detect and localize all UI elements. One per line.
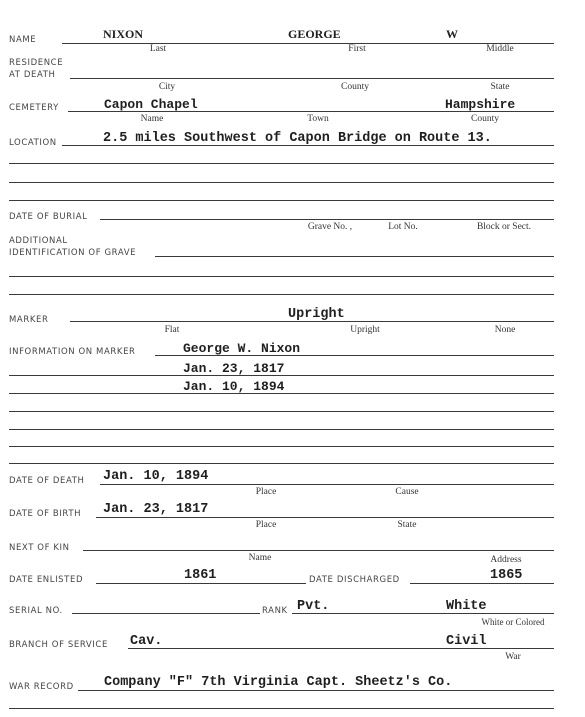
discharged-line bbox=[410, 583, 554, 584]
residence-label: RESIDENCE bbox=[9, 58, 63, 68]
sub-birth-state: State bbox=[398, 520, 417, 530]
marker-info-line-5 bbox=[9, 429, 554, 430]
birth-value: Jan. 23, 1817 bbox=[103, 502, 208, 517]
location-line-2 bbox=[9, 163, 554, 164]
residence-line bbox=[70, 78, 554, 79]
sub-race: White or Colored bbox=[482, 617, 545, 627]
marker-info-line-3: Jan. 10, 1894 bbox=[183, 379, 284, 394]
sub-flat: Flat bbox=[165, 325, 180, 335]
war-value: Civil bbox=[446, 634, 487, 649]
branch-value: Cav. bbox=[130, 634, 162, 649]
marker-info-label: INFORMATION ON MARKER bbox=[9, 347, 136, 357]
sub-middle: Middle bbox=[486, 44, 513, 54]
war-record-label: WAR RECORD bbox=[9, 682, 74, 692]
death-label: DATE OF DEATH bbox=[9, 476, 85, 486]
marker-info-line-2: Jan. 23, 1817 bbox=[183, 361, 284, 376]
cemetery-county-value: Hampshire bbox=[445, 97, 515, 112]
additional-label-2: IDENTIFICATION OF GRAVE bbox=[9, 248, 136, 258]
birth-line bbox=[96, 517, 554, 518]
cemetery-label: CEMETERY bbox=[9, 103, 59, 113]
sub-upright: Upright bbox=[350, 325, 380, 335]
sub-kin-address: Address bbox=[490, 555, 521, 565]
kin-label: NEXT OF KIN bbox=[9, 543, 70, 553]
sub-grave-no: Grave No. , bbox=[308, 222, 352, 232]
location-line-4 bbox=[9, 200, 554, 201]
sub-state: State bbox=[491, 82, 510, 92]
marker-label: MARKER bbox=[9, 315, 49, 325]
sub-lot-no: Lot No. bbox=[388, 222, 418, 232]
residence-label-2: AT DEATH bbox=[9, 70, 56, 80]
marker-info-line-4 bbox=[9, 411, 554, 412]
discharged-label: DATE DISCHARGED bbox=[309, 575, 400, 585]
serial-label: SERIAL NO. bbox=[9, 606, 63, 616]
rank-line bbox=[292, 613, 554, 614]
war-record-value: Company "F" 7th Virginia Capt. Sheetz's … bbox=[104, 675, 452, 690]
death-value: Jan. 10, 1894 bbox=[103, 469, 208, 484]
first-name-value: GEORGE bbox=[288, 27, 341, 42]
sub-first: First bbox=[348, 44, 365, 54]
enlisted-label: DATE ENLISTED bbox=[9, 575, 83, 585]
name-line bbox=[62, 43, 554, 44]
sub-last: Last bbox=[150, 44, 166, 54]
sub-birth-place: Place bbox=[256, 520, 277, 530]
sub-death-cause: Cause bbox=[395, 487, 418, 497]
sub-town: Town bbox=[307, 114, 329, 124]
sub-county: County bbox=[341, 82, 369, 92]
kin-line bbox=[83, 550, 554, 551]
sub-death-place: Place bbox=[256, 487, 277, 497]
burial-label: DATE OF BURIAL bbox=[9, 212, 88, 222]
middle-name-value: W bbox=[446, 27, 458, 42]
birth-label: DATE OF BIRTH bbox=[9, 509, 81, 519]
death-line bbox=[100, 484, 554, 485]
marker-value: Upright bbox=[288, 307, 345, 322]
branch-label: BRANCH OF SERVICE bbox=[9, 640, 108, 650]
location-value: 2.5 miles Southwest of Capon Bridge on R… bbox=[103, 131, 492, 146]
sub-cemetery-county: County bbox=[471, 114, 499, 124]
location-label: LOCATION bbox=[9, 138, 57, 148]
enlisted-line bbox=[96, 583, 306, 584]
additional-line-2 bbox=[9, 276, 554, 277]
sub-city: City bbox=[159, 82, 175, 92]
branch-line bbox=[128, 648, 554, 649]
marker-info-line-7 bbox=[9, 463, 554, 464]
sub-none: None bbox=[495, 325, 516, 335]
war-record-line-2 bbox=[9, 708, 554, 709]
additional-label: ADDITIONAL bbox=[9, 236, 68, 246]
cemetery-name-value: Capon Chapel bbox=[104, 97, 198, 112]
serial-line bbox=[72, 613, 260, 614]
name-label: NAME bbox=[9, 35, 36, 45]
rank-value: Pvt. bbox=[297, 599, 329, 614]
sub-kin-name: Name bbox=[249, 553, 272, 563]
marker-info-line-6 bbox=[9, 446, 554, 447]
sub-cemetery-name: Name bbox=[141, 114, 164, 124]
war-record-line bbox=[78, 690, 554, 691]
sub-block: Block or Sect. bbox=[477, 222, 531, 232]
last-name-value: NIXON bbox=[103, 27, 143, 42]
enlisted-value: 1861 bbox=[184, 568, 216, 583]
race-value: White bbox=[446, 599, 487, 614]
additional-line-3 bbox=[9, 294, 554, 295]
marker-info-line-1: George W. Nixon bbox=[183, 341, 300, 356]
sub-war: War bbox=[505, 652, 521, 662]
additional-line bbox=[155, 256, 554, 257]
rank-label: RANK bbox=[262, 606, 288, 616]
discharged-value: 1865 bbox=[490, 568, 522, 583]
location-line-3 bbox=[9, 182, 554, 183]
burial-line bbox=[100, 219, 554, 220]
